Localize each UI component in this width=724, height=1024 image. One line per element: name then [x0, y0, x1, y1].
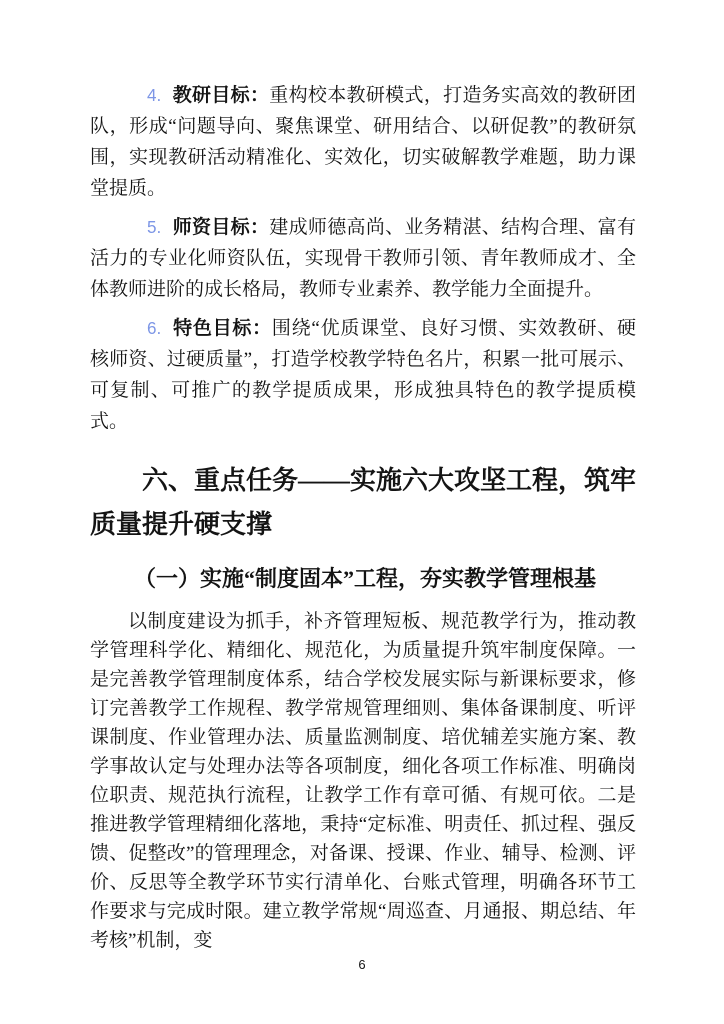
- list-item-label: 师资目标：: [172, 217, 269, 238]
- list-item-number: 5.: [147, 218, 161, 237]
- body-paragraph: 以制度建设为抓手，补齐管理短板、规范教学行为，推动教学管理科学化、精细化、规范化…: [90, 607, 636, 955]
- list-item-number: 6.: [147, 319, 161, 338]
- subsection-heading: （一）实施“制度固本”工程，夯实教学管理根基: [90, 559, 636, 599]
- section-heading: 六、重点任务——实施六大攻坚工程，筑牢质量提升硬支撑: [90, 459, 636, 547]
- list-item-6: 6.特色目标：围绕“优质课堂、良好习惯、实效教研、硬核师资、过硬质量”，打造学校…: [90, 313, 636, 437]
- list-item-4: 4.教研目标：重构校本教研模式，打造务实高效的教研团队，形成“问题导向、聚焦课堂…: [90, 80, 636, 204]
- list-item-5: 5.师资目标：建成师德高尚、业务精湛、结构合理、富有活力的专业化师资队伍，实现骨…: [90, 212, 636, 305]
- page-number: 6: [0, 957, 724, 972]
- document-page: 4.教研目标：重构校本教研模式，打造务实高效的教研团队，形成“问题导向、聚焦课堂…: [0, 0, 724, 1024]
- list-item-label: 特色目标：: [172, 318, 272, 339]
- list-item-label: 教研目标：: [172, 85, 269, 106]
- list-item-number: 4.: [147, 86, 161, 105]
